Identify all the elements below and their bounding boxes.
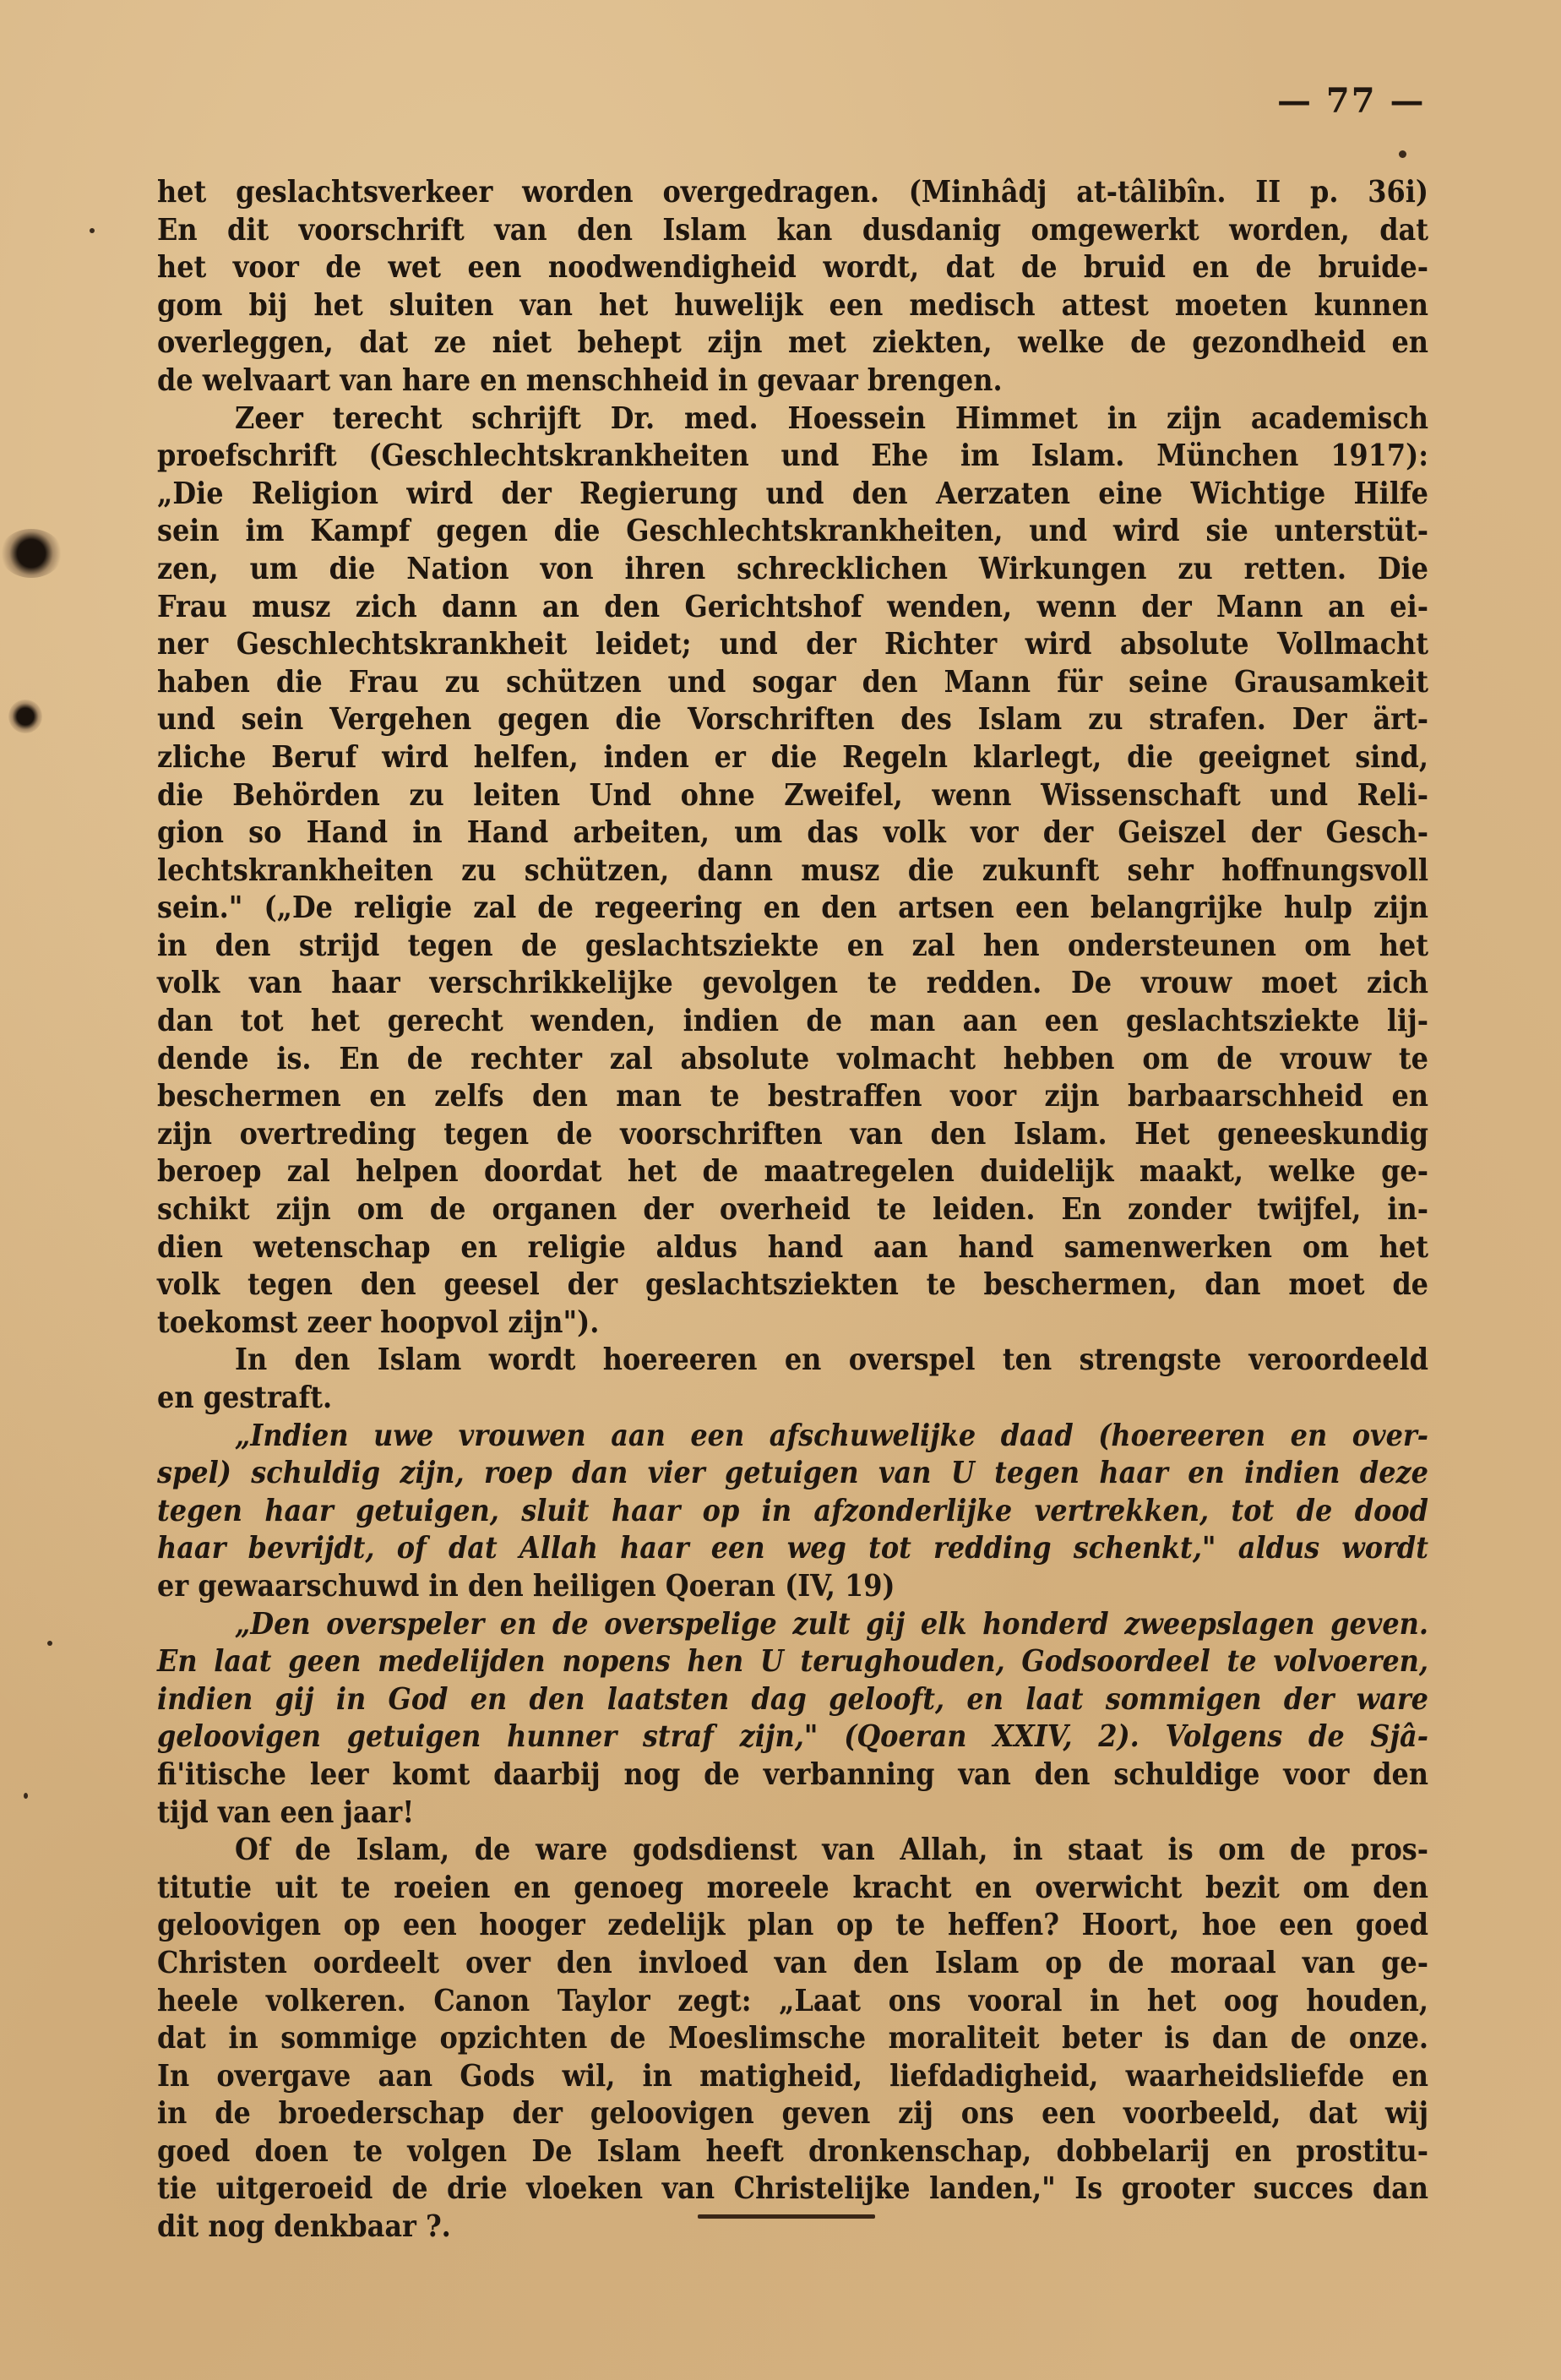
- text-line: „Den overspeler en de overspelige zult g…: [157, 1606, 1428, 1644]
- body-text: het geslachtsverkeer worden overgedragen…: [157, 174, 1428, 2247]
- text-line: Christen oordeelt over den invloed van d…: [157, 1945, 1428, 1983]
- paragraph-2: Zeer terecht schrijft Dr. med. Hoessein …: [157, 400, 1428, 1342]
- text-line: tie uitgeroeid de drie vloeken van Chris…: [157, 2170, 1428, 2208]
- paragraph-1: het geslachtsverkeer worden overgedragen…: [157, 174, 1428, 400]
- paragraph-3: In den Islam wordt hoereeren en overspel…: [157, 1342, 1428, 1417]
- text-line: dende is. En de rechter zal absolute vol…: [157, 1041, 1428, 1079]
- margin-ink-blot: [8, 700, 42, 733]
- text-line: overleggen, dat ze niet behept zijn met …: [157, 324, 1428, 362]
- text-line: indien gij in God en den laatsten dag ge…: [157, 1681, 1428, 1719]
- text-line: ner Geschlechtskrankheit leidet; und der…: [157, 626, 1428, 664]
- text-line: volk tegen den geesel der geslachtsziekt…: [157, 1266, 1428, 1304]
- text-line: die Behörden zu leiten Und ohne Zweifel,…: [157, 777, 1428, 815]
- text-line: „Die Religion wird der Regierung und den…: [157, 476, 1428, 514]
- text-line: fi'itische leer komt daarbij nog de verb…: [157, 1756, 1428, 1795]
- text-line: tijd van een jaar!: [157, 1795, 1428, 1833]
- text-line: heele volkeren. Canon Taylor zegt: „Laat…: [157, 1983, 1428, 2021]
- text-line: het voor de wet een noodwendigheid wordt…: [157, 249, 1428, 287]
- end-rule-divider: [698, 2214, 875, 2219]
- text-line: beschermen en zelfs den man te bestraffe…: [157, 1078, 1428, 1116]
- text-line: Frau musz zich dann an den Gerichtshof w…: [157, 589, 1428, 627]
- paragraph-6: Of de Islam, de ware godsdienst van Alla…: [157, 1832, 1428, 2247]
- margin-dot: [24, 1793, 28, 1799]
- page-number: — 77 —: [1277, 81, 1426, 121]
- margin-dot: [47, 1641, 52, 1646]
- text-line: goed doen te volgen De Islam heeft dronk…: [157, 2133, 1428, 2171]
- text-line: schikt zijn om de organen der overheid t…: [157, 1191, 1428, 1229]
- text-line: gom bij het sluiten van het huwelijk een…: [157, 287, 1428, 325]
- text-line: haar bevrijdt, of dat Allah haar een weg…: [157, 1530, 1428, 1568]
- text-line: En laat geen medelijden nopens hen U ter…: [157, 1643, 1428, 1681]
- text-line: Zeer terecht schrijft Dr. med. Hoessein …: [157, 400, 1428, 438]
- text-line: geloovigen op een hooger zedelijk plan o…: [157, 1907, 1428, 1945]
- margin-dot: [1399, 150, 1406, 158]
- text-line: beroep zal helpen doordat het de maatreg…: [157, 1153, 1428, 1191]
- text-line: spel) schuldig zijn, roep dan vier getui…: [157, 1455, 1428, 1493]
- text-line: Of de Islam, de ware godsdienst van Alla…: [157, 1832, 1428, 1870]
- paragraph-5-quran-quote: „Den overspeler en de overspelige zult g…: [157, 1606, 1428, 1833]
- text-line: dien wetenschap en religie aldus hand aa…: [157, 1229, 1428, 1267]
- text-line: zliche Beruf wird helfen, inden er die R…: [157, 739, 1428, 777]
- text-line: zijn overtreding tegen de voorschriften …: [157, 1116, 1428, 1154]
- text-line: titutie uit te roeien en genoeg moreele …: [157, 1870, 1428, 1908]
- text-line: gion so Hand in Hand arbeiten, um das vo…: [157, 814, 1428, 852]
- margin-ink-blot: [0, 529, 63, 578]
- text-line: er gewaarschuwd in den heiligen Qoeran (…: [157, 1568, 1428, 1606]
- text-line: proefschrift (Geschlechtskrankheiten und…: [157, 438, 1428, 476]
- text-line: En dit voorschrift van den Islam kan dus…: [157, 212, 1428, 250]
- text-line: en gestraft.: [157, 1380, 1428, 1418]
- text-line: „Indien uwe vrouwen aan een afschuwelijk…: [157, 1418, 1428, 1456]
- text-line: In den Islam wordt hoereeren en overspel…: [157, 1342, 1428, 1380]
- text-line: zen, um die Nation von ihren schrecklich…: [157, 551, 1428, 589]
- text-line: sein im Kampf gegen die Geschlechtskrank…: [157, 513, 1428, 551]
- text-line: und sein Vergehen gegen die Vorschriften…: [157, 701, 1428, 739]
- text-line: tegen haar getuigen, sluit haar op in af…: [157, 1493, 1428, 1531]
- text-line: het geslachtsverkeer worden overgedragen…: [157, 174, 1428, 212]
- text-line: in de broederschap der geloovigen geven …: [157, 2095, 1428, 2133]
- text-line: dan tot het gerecht wenden, indien de ma…: [157, 1003, 1428, 1041]
- text-line: geloovigen getuigen hunner straf zijn," …: [157, 1718, 1428, 1756]
- text-line: haben die Frau zu schützen und sogar den…: [157, 664, 1428, 702]
- paragraph-4-quran-quote: „Indien uwe vrouwen aan een afschuwelijk…: [157, 1418, 1428, 1606]
- text-line: volk van haar verschrikkelijke gevolgen …: [157, 965, 1428, 1003]
- text-line: toekomst zeer hoopvol zijn").: [157, 1304, 1428, 1342]
- text-line: sein." („De religie zal de regeering en …: [157, 890, 1428, 928]
- text-line: lechtskrankheiten zu schützen, dann musz…: [157, 852, 1428, 890]
- text-line: In overgave aan Gods wil, in matigheid, …: [157, 2058, 1428, 2096]
- text-line: dat in sommige opzichten de Moeslimsche …: [157, 2020, 1428, 2058]
- text-line: in den strijd tegen de geslachtsziekte e…: [157, 928, 1428, 966]
- margin-dot: [90, 228, 95, 233]
- text-line: de welvaart van hare en menschheid in ge…: [157, 362, 1428, 400]
